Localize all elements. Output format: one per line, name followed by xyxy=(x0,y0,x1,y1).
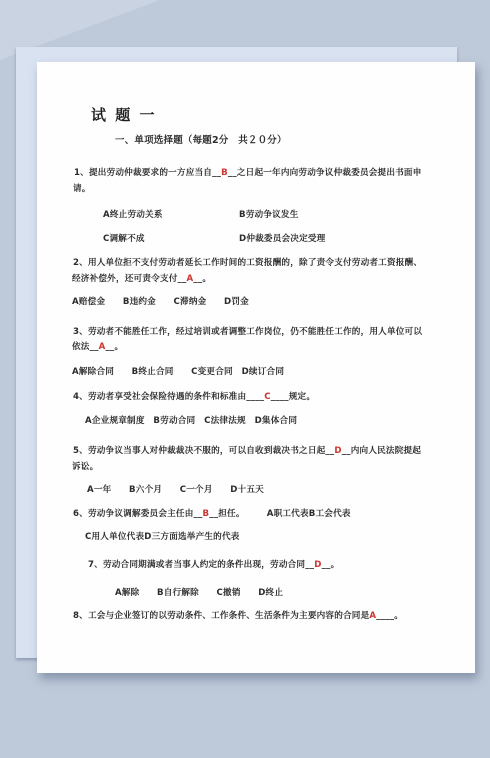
question-1-option-c: C调解不成 xyxy=(103,234,145,245)
question-7-text-end: __。 xyxy=(322,560,340,570)
question-5-text: 5、劳动争议当事人对仲裁裁决不服的，可以自收到裁决书之日起__ xyxy=(73,446,334,456)
question-2-line-1: 2、用人单位拒不支付劳动者延长工作时间的工资报酬的，除了责令支付劳动者工资报酬、 xyxy=(73,258,422,269)
question-3-text-end: __。 xyxy=(105,342,123,352)
exam-title: 试 题 一 xyxy=(91,106,156,124)
question-1-option-d: D仲裁委员会决定受理 xyxy=(239,234,325,245)
exam-page: 试 题 一 一、单项选择题（每题2分 共２０分） 1、提出劳动仲裁要求的一方应当… xyxy=(37,62,475,673)
section-heading-text: 一、单项选择题（每题2分 共２０分） xyxy=(115,135,287,146)
question-1-line-2: 请。 xyxy=(73,184,91,195)
question-4-options-text: A企业规章制度 B劳动合同 C法律法规 D集体合同 xyxy=(85,416,297,426)
question-2-options-text: A赔偿金 B违约金 C滞纳金 D罚金 xyxy=(72,297,249,307)
option-b-label: B劳动争议发生 xyxy=(239,210,299,220)
question-6-text-end: __担任。 A职工代表B工会代表 xyxy=(209,509,350,519)
question-3-options: A解除合同 B终止合同 C变更合同 D续订合同 xyxy=(72,367,284,378)
question-2-line-2: 经济补偿外，还可责令支付__A__。 xyxy=(72,274,211,285)
question-5-options-text: A一年 B六个月 C一个月 D十五天 xyxy=(87,485,264,495)
question-2-options: A赔偿金 B违约金 C滞纳金 D罚金 xyxy=(72,297,249,308)
question-3-text: 3、劳动者不能胜任工作，经过培训或者调整工作岗位，仍不能胜任工作的，用人单位可以 xyxy=(73,327,422,337)
question-1-option-b: B劳动争议发生 xyxy=(239,210,299,221)
question-1-option-a: A终止劳动关系 xyxy=(103,210,163,221)
option-d-label: D仲裁委员会决定受理 xyxy=(239,234,325,244)
question-4-options: A企业规章制度 B劳动合同 C法律法规 D集体合同 xyxy=(85,416,297,427)
question-1-line-1: 1、提出劳动仲裁要求的一方应当自__B__之日起一年内向劳动争议仲裁委员会提出书… xyxy=(74,168,422,179)
question-4-text-end: ____规定。 xyxy=(271,392,315,402)
option-a-label: A终止劳动关系 xyxy=(103,210,163,220)
question-7-options-text: A解除 B自行解除 C撤销 D终止 xyxy=(115,588,283,598)
question-5-line-1: 5、劳动争议当事人对仲裁裁决不服的，可以自收到裁决书之日起__D__内向人民法院… xyxy=(73,446,421,457)
question-5-options: A一年 B六个月 C一个月 D十五天 xyxy=(87,485,264,496)
question-2-text-wrap: 经济补偿外，还可责令支付__ xyxy=(72,274,187,284)
question-5-answer: D xyxy=(334,446,341,456)
option-c-label: C调解不成 xyxy=(103,234,145,244)
question-4-text: 4、劳动者享受社会保险待遇的条件和标准由____ xyxy=(73,392,264,402)
question-1-text: 1、提出劳动仲裁要求的一方应当自__ xyxy=(74,168,221,178)
question-5-line-2: 诉讼。 xyxy=(72,462,98,473)
question-7-options: A解除 B自行解除 C撤销 D终止 xyxy=(115,588,283,599)
question-5-text-cont: __内向人民法院提起 xyxy=(342,446,421,456)
question-8-text: 8、工会与企业签订的以劳动条件、工作条件、生活条件为主要内容的合同是 xyxy=(73,611,369,621)
question-3-line-2: 依法__A__。 xyxy=(72,342,123,353)
question-1-text-wrap: 请。 xyxy=(73,184,91,194)
question-3-options-text: A解除合同 B终止合同 C变更合同 D续订合同 xyxy=(72,367,284,377)
question-3-text-wrap: 依法__ xyxy=(72,342,99,352)
exam-title-text: 试 题 一 xyxy=(91,106,156,124)
question-5-text-wrap: 诉讼。 xyxy=(72,462,98,472)
question-8-line: 8、工会与企业签订的以劳动条件、工作条件、生活条件为主要内容的合同是A____。 xyxy=(73,611,403,622)
question-6-line-2: C用人单位代表D三方面选举产生的代表 xyxy=(85,532,240,543)
question-1-answer: B xyxy=(221,168,228,178)
question-2-text-end: __。 xyxy=(193,274,211,284)
question-6-line-1: 6、劳动争议调解委员会主任由__B__担任。 A职工代表B工会代表 xyxy=(73,509,351,520)
question-6-text: 6、劳动争议调解委员会主任由__ xyxy=(73,509,203,519)
question-7-text: 7、劳动合同期满或者当事人约定的条件出现，劳动合同__ xyxy=(88,560,314,570)
question-6-options-text: C用人单位代表D三方面选举产生的代表 xyxy=(85,532,240,542)
question-3-line-1: 3、劳动者不能胜任工作，经过培训或者调整工作岗位，仍不能胜任工作的，用人单位可以 xyxy=(73,327,422,338)
question-7-answer: D xyxy=(314,560,321,570)
question-7-line: 7、劳动合同期满或者当事人约定的条件出现，劳动合同__D__。 xyxy=(88,560,339,571)
question-8-text-end: ____。 xyxy=(376,611,403,621)
question-2-text: 2、用人单位拒不支付劳动者延长工作时间的工资报酬的，除了责令支付劳动者工资报酬、 xyxy=(73,258,422,268)
question-1-text-cont: __之日起一年内向劳动争议仲裁委员会提出书面申 xyxy=(228,168,422,178)
question-4-line: 4、劳动者享受社会保险待遇的条件和标准由____C____规定。 xyxy=(73,392,315,403)
section-heading: 一、单项选择题（每题2分 共２０分） xyxy=(115,135,287,146)
